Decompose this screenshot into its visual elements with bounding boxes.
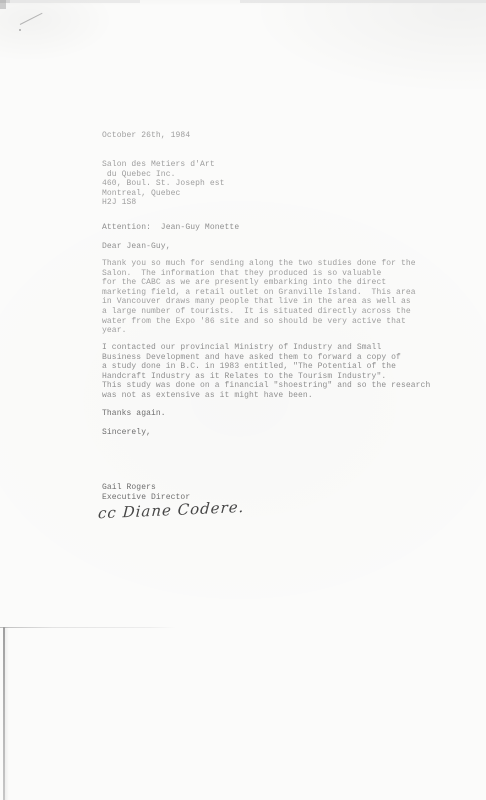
letter-body: October 26th, 1984 Salon des Metiers d'A… <box>0 0 486 800</box>
signature-block: Gail Rogers Executive Director <box>102 483 190 502</box>
salutation: Dear Jean-Guy, <box>102 242 171 252</box>
paragraph-2: I contacted our provincial Ministry of I… <box>102 343 430 401</box>
page-bottom-edge <box>0 627 176 628</box>
paragraph-1: Thank you so much for sending along the … <box>102 259 416 336</box>
letter-date: October 26th, 1984 <box>102 131 190 141</box>
recipient-address: Salon des Metiers d'Art du Quebec Inc. 4… <box>102 160 225 208</box>
closing-line: Sincerely, <box>102 428 151 438</box>
thanks-line: Thanks again. <box>102 409 166 419</box>
attention-line: Attention: Jean-Guy Monette <box>102 223 239 233</box>
underlying-page-edge-shadow <box>5 627 9 800</box>
scanned-letter-page: October 26th, 1984 Salon des Metiers d'A… <box>0 0 486 800</box>
